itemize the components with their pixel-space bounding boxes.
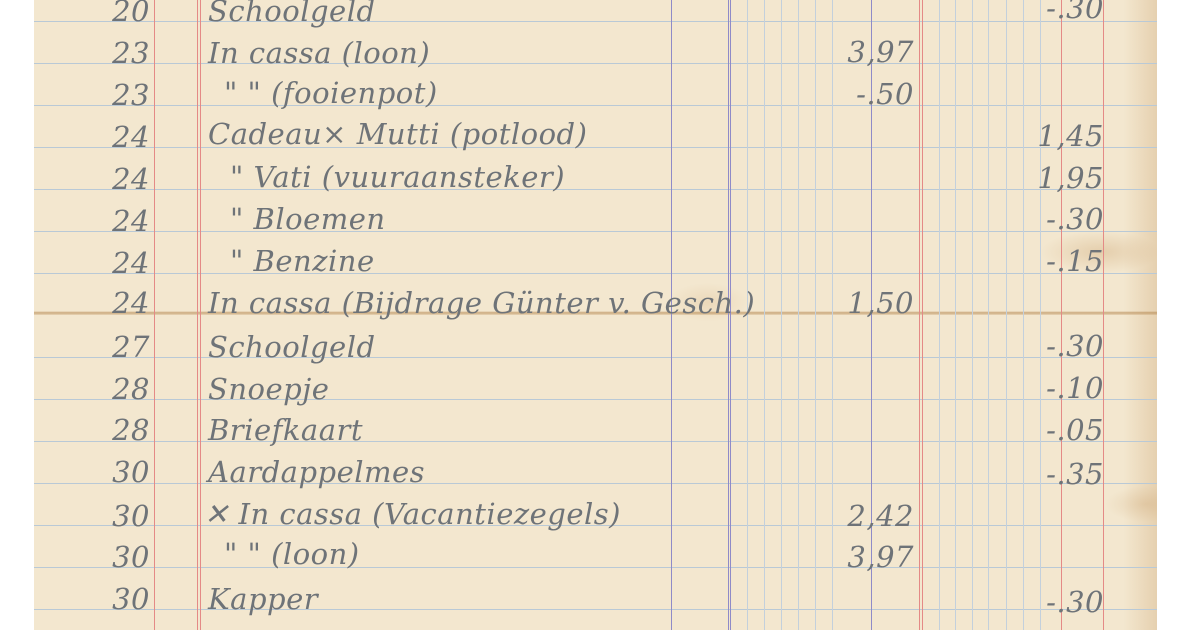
entry-day: 30 bbox=[102, 543, 150, 572]
entry-day: 24 bbox=[102, 289, 150, 318]
expense-cents-divider bbox=[1061, 0, 1062, 630]
entry-description: " " (fooienpot) bbox=[224, 79, 438, 108]
entry-day: 23 bbox=[102, 81, 150, 110]
entry-description: Kapper bbox=[208, 585, 318, 614]
grid-line bbox=[955, 0, 956, 630]
description-margin-line bbox=[197, 0, 198, 630]
day-column-margin-line bbox=[154, 0, 155, 630]
grid-line bbox=[815, 0, 816, 630]
entry-day: 30 bbox=[102, 458, 150, 487]
entry-day: 20 bbox=[102, 0, 150, 26]
grid-line bbox=[939, 0, 940, 630]
income-column-border bbox=[922, 0, 923, 630]
entry-description: Schoolgeld bbox=[208, 333, 376, 362]
grid-line bbox=[988, 0, 989, 630]
grid-line bbox=[781, 0, 782, 630]
grid-line bbox=[1006, 0, 1007, 630]
entry-description: Cadeau× Mutti (potlood) bbox=[208, 120, 587, 149]
entry-day: 28 bbox=[102, 375, 150, 404]
entry-description: Aardappelmes bbox=[208, 458, 425, 487]
entry-day: 24 bbox=[102, 123, 150, 152]
entry-expense: 1,45 bbox=[1024, 122, 1104, 151]
entry-description: Briefkaart bbox=[208, 416, 363, 445]
entry-day: 30 bbox=[102, 502, 150, 531]
ledger-page: 20 Schoolgeld -.30 23 In cassa (loon) 3,… bbox=[34, 0, 1157, 630]
entry-day: 24 bbox=[102, 207, 150, 236]
entry-description: Snoepje bbox=[208, 375, 329, 404]
grid-line bbox=[832, 0, 833, 630]
entry-day: 23 bbox=[102, 39, 150, 68]
entry-day: 28 bbox=[102, 416, 150, 445]
entry-expense: -.30 bbox=[1024, 0, 1104, 23]
description-margin-line bbox=[200, 0, 201, 630]
expense-column-border bbox=[1103, 0, 1104, 630]
entry-income: 2,42 bbox=[834, 502, 914, 531]
entry-day: 30 bbox=[102, 585, 150, 614]
grid-line bbox=[764, 0, 765, 630]
entry-expense: -.30 bbox=[1024, 588, 1104, 617]
entry-description: Schoolgeld bbox=[208, 0, 376, 26]
entry-description: ✕ In cassa (Vacantiezegels) bbox=[204, 500, 621, 529]
entry-day: 24 bbox=[102, 165, 150, 194]
grid-line bbox=[1023, 0, 1024, 630]
entry-income: 3,97 bbox=[834, 543, 914, 572]
entry-expense: -.10 bbox=[1024, 374, 1104, 403]
entry-income: 3,97 bbox=[834, 38, 914, 67]
entry-income: -.50 bbox=[834, 80, 914, 109]
grid-line bbox=[798, 0, 799, 630]
entry-expense: -.35 bbox=[1024, 460, 1104, 489]
entry-description: " Bloemen bbox=[230, 205, 386, 234]
entry-description: In cassa (loon) bbox=[208, 39, 430, 68]
entry-expense: -.30 bbox=[1024, 205, 1104, 234]
entry-description: " Benzine bbox=[230, 247, 375, 276]
entry-description: In cassa (Bijdrage Günter v. Gesch.) bbox=[208, 289, 755, 318]
entry-expense: -.05 bbox=[1024, 416, 1104, 445]
entry-income: 1,50 bbox=[834, 289, 914, 318]
entry-expense: 1,95 bbox=[1024, 164, 1104, 193]
grid-line bbox=[972, 0, 973, 630]
entry-day: 27 bbox=[102, 333, 150, 362]
entry-description: " Vati (vuuraansteker) bbox=[230, 163, 565, 192]
entry-day: 24 bbox=[102, 249, 150, 278]
entry-expense: -.15 bbox=[1024, 247, 1104, 276]
income-column-border bbox=[919, 0, 920, 630]
entry-expense: -.30 bbox=[1024, 332, 1104, 361]
entry-description: " " (loon) bbox=[224, 540, 360, 569]
grid-line bbox=[1040, 0, 1041, 630]
